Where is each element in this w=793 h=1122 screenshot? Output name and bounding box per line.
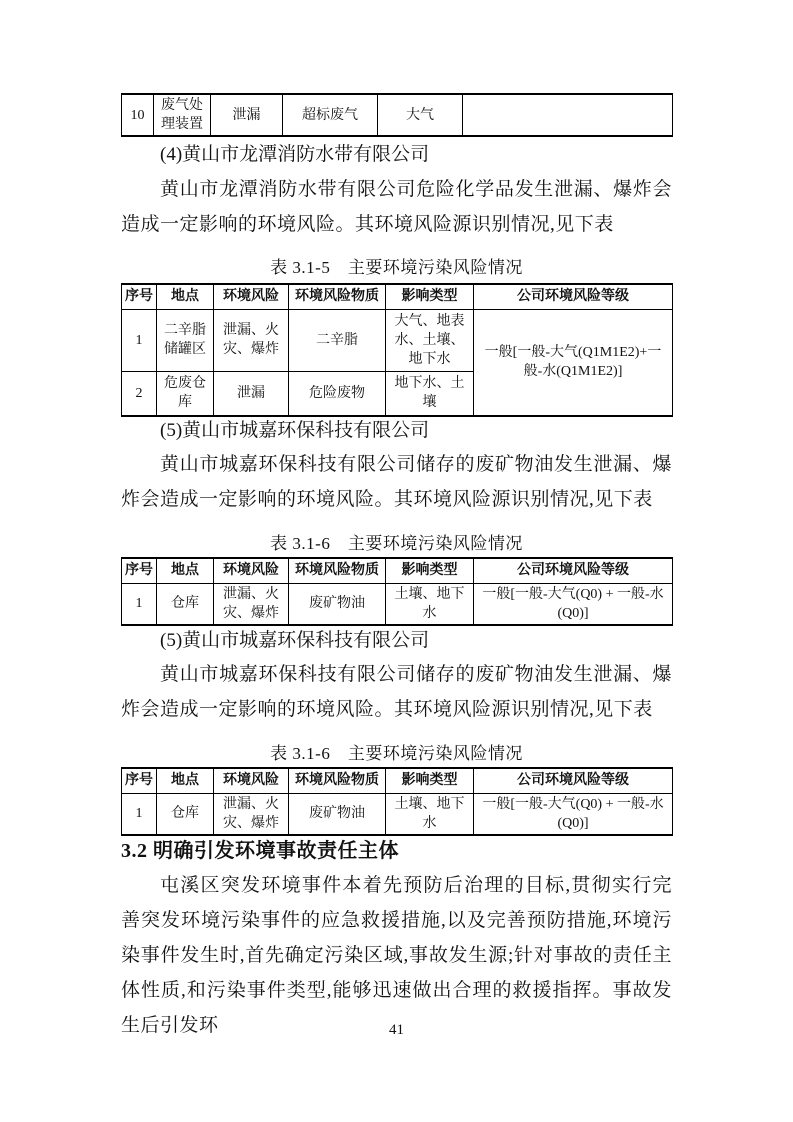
table-3-1-5: 序号 地点 环境风险 环境风险物质 影响类型 公司环境风险等级 1 二辛脂储罐区… xyxy=(121,283,673,417)
table-3-1-6-repeat-caption: 表 3.1-6 主要环境污染风险情况 xyxy=(121,742,672,766)
header-location: 地点 xyxy=(157,768,214,793)
table-header-row: 序号 地点 环境风险 环境风险物质 影响类型 公司环境风险等级 xyxy=(122,284,673,309)
cell-seq: 1 xyxy=(122,309,157,371)
header-seq: 序号 xyxy=(122,558,157,583)
table-header-row: 序号 地点 环境风险 环境风险物质 影响类型 公司环境风险等级 xyxy=(122,768,673,793)
header-impact: 影响类型 xyxy=(386,558,474,583)
section-5-repeat-paragraph: 黄山市城嘉环保科技有限公司储存的废矿物油发生泄漏、爆炸会造成一定影响的环境风险。… xyxy=(121,657,672,727)
header-impact: 影响类型 xyxy=(386,768,474,793)
cell-level: 一般[一般-大气(Q0) + 一般-水(Q0)] xyxy=(474,583,673,625)
header-substance: 环境风险物质 xyxy=(289,284,386,309)
header-seq: 序号 xyxy=(122,284,157,309)
cell-risk: 泄漏、火灾、爆炸 xyxy=(214,583,289,625)
table-row: 1 仓库 泄漏、火灾、爆炸 废矿物油 土壤、地下水 一般[一般-大气(Q0) +… xyxy=(122,793,673,835)
header-risk: 环境风险 xyxy=(214,558,289,583)
cell-risk: 泄漏 xyxy=(214,371,289,416)
header-location: 地点 xyxy=(157,558,214,583)
cell-risk: 泄漏、火灾、爆炸 xyxy=(214,793,289,835)
table-3-1-6-caption: 表 3.1-6 主要环境污染风险情况 xyxy=(121,532,672,556)
section-3-2-heading: 3.2 明确引发环境事故责任主体 xyxy=(121,838,672,864)
section-4-paragraph: 黄山市龙潭消防水带有限公司危险化学品发生泄漏、爆炸会造成一定影响的环境风险。其环… xyxy=(121,172,672,242)
cell-risk: 泄漏、火灾、爆炸 xyxy=(214,309,289,371)
document-page: 10 废气处理装置 泄漏 超标废气 大气 (4)黄山市龙潭消防水带有限公司 黄山… xyxy=(0,0,793,1122)
header-impact: 影响类型 xyxy=(386,284,474,309)
section-3-2-paragraph: 屯溪区突发环境事件本着先预防后治理的目标,贯彻实行完善突发环境污染事件的应急救援… xyxy=(121,868,672,1043)
cell-impact: 土壤、地下水 xyxy=(386,793,474,835)
cell-location: 仓库 xyxy=(157,583,214,625)
cell-risk: 泄漏 xyxy=(211,94,283,136)
header-level: 公司环境风险等级 xyxy=(474,284,673,309)
continued-risk-table: 10 废气处理装置 泄漏 超标废气 大气 xyxy=(121,93,673,137)
table-row: 10 废气处理装置 泄漏 超标废气 大气 xyxy=(122,94,673,136)
cell-location: 二辛脂储罐区 xyxy=(157,309,214,371)
cell-impact: 大气 xyxy=(378,94,463,136)
table-3-1-5-caption: 表 3.1-5 主要环境污染风险情况 xyxy=(121,256,672,280)
cell-location: 危废仓库 xyxy=(157,371,214,416)
header-substance: 环境风险物质 xyxy=(289,558,386,583)
section-5-repeat-heading: (5)黄山市城嘉环保科技有限公司 xyxy=(121,629,711,653)
cell-location: 废气处理装置 xyxy=(154,94,211,136)
header-location: 地点 xyxy=(157,284,214,309)
table-3-1-6-repeat: 序号 地点 环境风险 环境风险物质 影响类型 公司环境风险等级 1 仓库 泄漏、… xyxy=(121,767,673,836)
cell-level xyxy=(463,94,673,136)
header-level: 公司环境风险等级 xyxy=(474,768,673,793)
cell-substance: 危险废物 xyxy=(289,371,386,416)
header-substance: 环境风险物质 xyxy=(289,768,386,793)
table-header-row: 序号 地点 环境风险 环境风险物质 影响类型 公司环境风险等级 xyxy=(122,558,673,583)
cell-substance: 超标废气 xyxy=(283,94,378,136)
cell-location: 仓库 xyxy=(157,793,214,835)
section-4-heading: (4)黄山市龙潭消防水带有限公司 xyxy=(121,143,711,167)
section-5-paragraph: 黄山市城嘉环保科技有限公司储存的废矿物油发生泄漏、爆炸会造成一定影响的环境风险。… xyxy=(121,447,672,517)
header-risk: 环境风险 xyxy=(214,768,289,793)
cell-impact: 大气、地表水、土壤、地下水 xyxy=(386,309,474,371)
cell-seq: 1 xyxy=(122,793,157,835)
cell-substance: 二辛脂 xyxy=(289,309,386,371)
section-5-heading: (5)黄山市城嘉环保科技有限公司 xyxy=(121,419,711,443)
cell-seq: 2 xyxy=(122,371,157,416)
table-row: 1 二辛脂储罐区 泄漏、火灾、爆炸 二辛脂 大气、地表水、土壤、地下水 一般[一… xyxy=(122,309,673,371)
cell-level-merged: 一般[一般-大气(Q1M1E2)+一般-水(Q1M1E2)] xyxy=(474,309,673,416)
table-3-1-6: 序号 地点 环境风险 环境风险物质 影响类型 公司环境风险等级 1 仓库 泄漏、… xyxy=(121,557,673,626)
header-risk: 环境风险 xyxy=(214,284,289,309)
table-row: 1 仓库 泄漏、火灾、爆炸 废矿物油 土壤、地下水 一般[一般-大气(Q0) +… xyxy=(122,583,673,625)
cell-seq: 1 xyxy=(122,583,157,625)
cell-level: 一般[一般-大气(Q0) + 一般-水(Q0)] xyxy=(474,793,673,835)
header-level: 公司环境风险等级 xyxy=(474,558,673,583)
page-number: 41 xyxy=(0,1022,793,1039)
cell-impact: 土壤、地下水 xyxy=(386,583,474,625)
cell-impact: 地下水、土壤 xyxy=(386,371,474,416)
cell-substance: 废矿物油 xyxy=(289,583,386,625)
header-seq: 序号 xyxy=(122,768,157,793)
cell-substance: 废矿物油 xyxy=(289,793,386,835)
cell-seq: 10 xyxy=(122,94,154,136)
